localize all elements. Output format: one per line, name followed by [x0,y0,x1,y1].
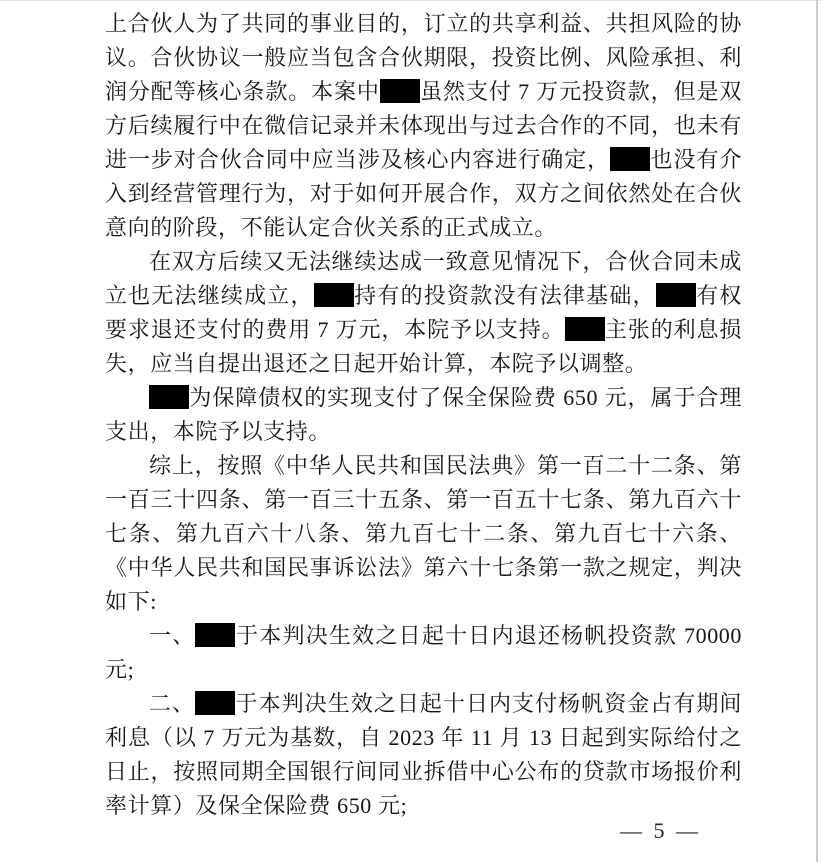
redaction-box [195,623,235,647]
paragraph: 一、于本判决生效之日起十日内退还杨帆投资款 70000 元; [105,619,742,687]
viewport-right-edge-line [816,0,818,862]
judgment-text-body: 上合伙人为了共同的事业目的，订立的共享利益、共担风险的协议。合伙协议一般应当包含… [105,7,742,823]
paragraph: 上合伙人为了共同的事业目的，订立的共享利益、共担风险的协议。合伙协议一般应当包含… [105,7,742,245]
judgment-document-page: 上合伙人为了共同的事业目的，订立的共享利益、共担风险的协议。合伙协议一般应当包含… [0,0,821,862]
paragraph: 为保障债权的实现支付了保全保险费 650 元，属于合理支出，本院予以支持。 [105,381,742,449]
page-number: — 5 — [620,818,701,844]
text-segment: 为保障债权的实现支付了保全保险费 650 元，属于合理支出，本院予以支持。 [105,385,742,444]
redaction-box [565,317,605,341]
redaction-box [610,147,650,171]
viewport-top-edge-line [0,0,821,1]
text-segment: 一、 [149,623,195,648]
paragraph: 二、于本判决生效之日起十日内支付杨帆资金占有期间利息（以 7 万元为基数，自 2… [105,687,742,823]
text-segment: 综上，按照《中华人民共和国民法典》第一百二十二条、第一百三十四条、第一百三十五条… [105,453,742,614]
redaction-box [380,79,420,103]
redaction-box [656,283,696,307]
redaction-box [314,283,354,307]
text-segment: 二、 [149,691,195,716]
paragraph: 综上，按照《中华人民共和国民法典》第一百二十二条、第一百三十四条、第一百三十五条… [105,449,742,619]
text-segment: 持有的投资款没有法律基础， [354,283,656,308]
paragraph: 在双方后续又无法继续达成一致意见情况下，合伙合同未成立也无法继续成立，持有的投资… [105,245,742,381]
redaction-box [195,691,235,715]
redaction-box [149,385,189,409]
